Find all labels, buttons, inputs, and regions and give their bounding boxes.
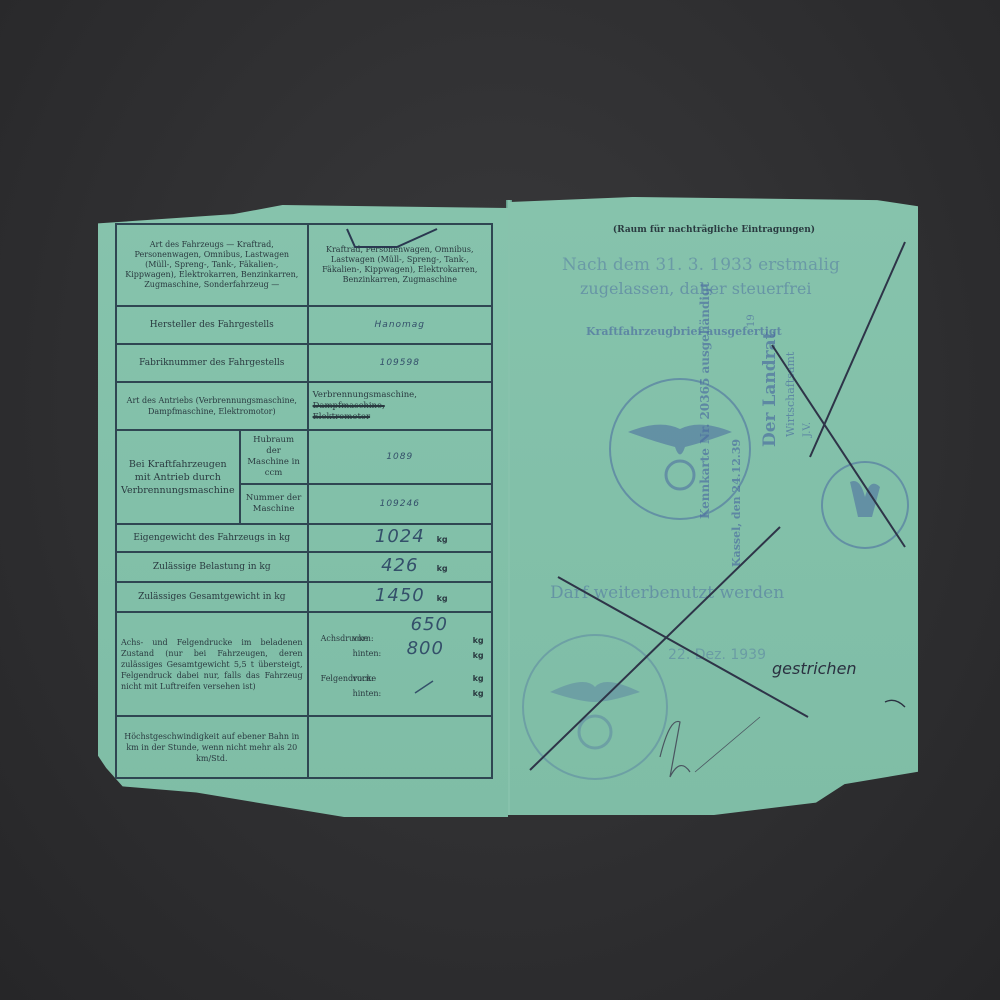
weight-empty-label: Eigengewicht des Fahrzeugs in kg xyxy=(116,524,308,552)
axle-pressure-label: Achs- und Felgendrucke im beladenen Zust… xyxy=(116,612,308,716)
engine-number-label: Nummer der Maschine xyxy=(240,484,308,524)
rear-axle-value: 800 xyxy=(407,643,444,654)
axle-pressure-cell: Achsdrucke vorn: hinten: 650 800 Felgend… xyxy=(308,612,492,716)
displacement-value: 1089 xyxy=(308,430,492,484)
dash-mark xyxy=(413,679,437,695)
gross-weight-cell: 1450kg xyxy=(308,582,492,612)
table-row: Höchstgeschwindigkeit auf ebener Bahn in… xyxy=(116,716,492,778)
load-capacity-value: 426 xyxy=(381,555,418,576)
stamps-and-strikes xyxy=(510,197,918,815)
displacement-label: Hubraum der Maschine in ccm xyxy=(240,430,308,484)
manufacturer-label: Hersteller des Fahrgestells xyxy=(116,306,308,344)
pencil-signature xyxy=(660,721,690,777)
weight-empty-value: 1024 xyxy=(375,526,425,547)
max-speed-value xyxy=(308,716,492,778)
table-row: Eigengewicht des Fahrzeugs in kg 1024kg xyxy=(116,524,492,552)
vehicle-type-label: Art des Fahrzeugs — Kraftrad, Personenwa… xyxy=(116,224,308,306)
table-row: Fabriknummer des Fahrgestells 109598 xyxy=(116,344,492,382)
table-row: Hersteller des Fahrgestells Hanomag xyxy=(116,306,492,344)
drive-type-label: Art des Antriebs (Verbrennungsmaschine, … xyxy=(116,382,308,430)
chassis-number-label: Fabriknummer des Fahrgestells xyxy=(116,344,308,382)
vehicle-type-value: Kraftrad, Personenwagen, Omnibus, Lastwa… xyxy=(308,224,492,306)
table-row: Art des Fahrzeugs — Kraftrad, Personenwa… xyxy=(116,224,492,306)
left-page: Art des Fahrzeugs — Kraftrad, Personenwa… xyxy=(98,205,508,817)
table-row: Zulässiges Gesamtgewicht in kg 1450kg xyxy=(116,582,492,612)
gross-weight-label: Zulässiges Gesamtgewicht in kg xyxy=(116,582,308,612)
gross-weight-value: 1450 xyxy=(375,585,425,606)
table-row: Bei Kraftfahrzeugen mit Antrieb durch Ve… xyxy=(116,430,492,484)
chassis-number-value: 109598 xyxy=(308,344,492,382)
official-seal-icon xyxy=(610,379,750,519)
engine-group-label: Bei Kraftfahrzeugen mit Antrieb durch Ve… xyxy=(116,430,240,524)
load-capacity-cell: 426kg xyxy=(308,552,492,582)
table-row: Achs- und Felgendrucke im beladenen Zust… xyxy=(116,612,492,716)
official-seal-icon xyxy=(822,462,908,548)
vehicle-data-table: Art des Fahrzeugs — Kraftrad, Personenwa… xyxy=(115,223,493,779)
right-page: (Raum für nachträgliche Eintragungen) Na… xyxy=(510,197,918,815)
strike-line xyxy=(530,527,780,770)
front-axle-value: 650 xyxy=(411,619,448,630)
max-speed-label: Höchstgeschwindigkeit auf ebener Bahn in… xyxy=(116,716,308,778)
initials xyxy=(885,700,905,707)
load-capacity-label: Zulässige Belastung in kg xyxy=(116,552,308,582)
table-row: Zulässige Belastung in kg 426kg xyxy=(116,552,492,582)
checkmark-icon xyxy=(327,227,457,257)
strike-line xyxy=(772,345,905,547)
manufacturer-value: Hanomag xyxy=(308,306,492,344)
drive-type-value: Verbrennungsmaschine, Dampfmaschine, Ele… xyxy=(308,382,492,430)
table-row: Art des Antriebs (Verbrennungsmaschine, … xyxy=(116,382,492,430)
engine-number-value: 109246 xyxy=(308,484,492,524)
weight-empty-cell: 1024kg xyxy=(308,524,492,552)
